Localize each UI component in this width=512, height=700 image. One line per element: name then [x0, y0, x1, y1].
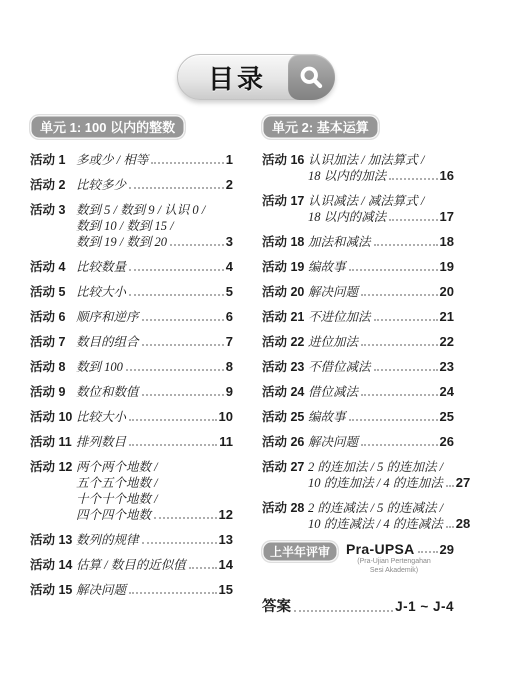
dotted-leader	[374, 369, 438, 371]
dotted-leader	[361, 394, 438, 396]
entry-body: 比较大小10	[76, 409, 233, 425]
entry-title-text: 顺序和逆序	[76, 309, 139, 325]
entry-page-number: 23	[440, 359, 454, 375]
toc-entry: 活动 2 比较多少2	[30, 177, 233, 193]
entry-title-text: 解决问题	[308, 434, 358, 450]
unit-2-badge: 单元 2: 基本运算	[262, 115, 379, 139]
entry-last-line: 解决问题20	[308, 284, 454, 300]
entry-last-line: 10 的连减法 / 4 的连减法28	[308, 516, 454, 532]
entry-title-text: 加法和减法	[308, 234, 371, 250]
entry-label: 活动 4	[30, 259, 76, 275]
dotted-leader	[418, 551, 438, 553]
entry-title-text: 10 的连减法 / 4 的连减法	[308, 516, 443, 532]
entry-title-text: 四个四个地数	[76, 507, 151, 523]
dotted-leader	[349, 269, 438, 271]
answers-page-range: J-1 ~ J-4	[395, 599, 454, 614]
entry-page-number: 21	[440, 309, 454, 325]
toc-column-2: 单元 2: 基本运算 活动 16 认识加法 / 加法算式 /18 以内的加法16…	[262, 115, 454, 616]
entry-label: 活动 22	[262, 334, 308, 350]
entry-label: 活动 9	[30, 384, 76, 400]
entry-last-line: 四个四个地数12	[76, 507, 233, 523]
entry-label: 活动 25	[262, 409, 308, 425]
entry-title-text: 排列数目	[76, 434, 126, 450]
entry-title-line: 五个五个地数 /	[76, 475, 233, 491]
entry-body: 加法和减法18	[308, 234, 454, 250]
dotted-leader	[129, 419, 217, 421]
entry-title-text: 不借位减法	[308, 359, 371, 375]
entry-label: 活动 10	[30, 409, 76, 425]
toc-entry: 活动 27 2 的连加法 / 5 的连加法 /10 的连加法 / 4 的连加法2…	[262, 459, 454, 491]
entry-page-number: 14	[219, 557, 233, 573]
toc-entry: 活动 11 排列数目11	[30, 434, 233, 450]
entry-label: 活动 1	[30, 152, 76, 168]
entry-body: 数位和数值9	[76, 384, 233, 400]
entry-title-text: 编故事	[308, 259, 346, 275]
entry-last-line: 数列的规律13	[76, 532, 233, 548]
entry-body: 编故事19	[308, 259, 454, 275]
entry-last-line: 比较数量4	[76, 259, 233, 275]
assessment-page-number: 29	[440, 542, 454, 557]
entry-body: 比较大小5	[76, 284, 233, 300]
toc-column-1: 单元 1: 100 以内的整数 活动 1 多或少 / 相等1 活动 2 比较多少…	[30, 115, 233, 616]
entry-label: 活动 15	[30, 582, 76, 598]
entry-last-line: 顺序和逆序6	[76, 309, 233, 325]
toc-entry: 活动 18 加法和减法18	[262, 234, 454, 250]
entry-body: 编故事25	[308, 409, 454, 425]
dotted-leader	[142, 542, 217, 544]
entry-last-line: 编故事19	[308, 259, 454, 275]
answers-label: 答案	[262, 595, 291, 616]
entry-body: 数目的组合7	[76, 334, 233, 350]
entry-last-line: 多或少 / 相等1	[76, 152, 233, 168]
entry-last-line: 数到 1008	[76, 359, 233, 375]
entry-label: 活动 17	[262, 193, 308, 209]
entry-title-line: 认识加法 / 加法算式 /	[308, 152, 454, 168]
entry-last-line: 数目的组合7	[76, 334, 233, 350]
entry-last-line: 18 以内的减法17	[308, 209, 454, 225]
entry-list-unit-1: 活动 1 多或少 / 相等1 活动 2 比较多少2 活动 3 数到 5 / 数到…	[30, 152, 233, 598]
entry-title-line: 2 的连加法 / 5 的连加法 /	[308, 459, 454, 475]
entry-body: 数到 5 / 数到 9 / 认识 0 /数到 10 / 数到 15 /数到 19…	[76, 202, 233, 250]
entry-title-text: 数列的规律	[76, 532, 139, 548]
entry-title-text: 比较大小	[76, 409, 126, 425]
toc-entry: 活动 4 比较数量4	[30, 259, 233, 275]
entry-page-number: 13	[219, 532, 233, 548]
toc-entry: 活动 10 比较大小10	[30, 409, 233, 425]
entry-body: 不进位加法21	[308, 309, 454, 325]
title-pill: 目录	[177, 54, 335, 100]
entry-title-text: 10 的连加法 / 4 的连加法	[308, 475, 443, 491]
entry-page-number: 10	[219, 409, 233, 425]
dotted-leader	[374, 319, 438, 321]
dotted-leader	[389, 219, 437, 221]
entry-last-line: 数位和数值9	[76, 384, 233, 400]
entry-title-line: 认识减法 / 减法算式 /	[308, 193, 454, 209]
entry-title-text: 编故事	[308, 409, 346, 425]
entry-body: 数列的规律13	[76, 532, 233, 548]
dotted-leader	[129, 592, 217, 594]
assessment-badge: 上半年评审	[262, 541, 338, 562]
entry-page-number: 8	[226, 359, 233, 375]
entry-title-text: 多或少 / 相等	[76, 152, 148, 168]
entry-page-number: 5	[226, 284, 233, 300]
entry-body: 解决问题20	[308, 284, 454, 300]
dotted-leader	[189, 567, 217, 569]
entry-last-line: 解决问题15	[76, 582, 233, 598]
entry-label: 活动 2	[30, 177, 76, 193]
entry-label: 活动 8	[30, 359, 76, 375]
toc-entry: 活动 17 认识减法 / 减法算式 /18 以内的减法17	[262, 193, 454, 225]
dotted-leader	[129, 444, 217, 446]
entry-title-text: 比较多少	[76, 177, 126, 193]
entry-last-line: 编故事25	[308, 409, 454, 425]
pill-cap	[288, 54, 335, 100]
entry-last-line: 不借位减法23	[308, 359, 454, 375]
entry-body: 认识减法 / 减法算式 /18 以内的减法17	[308, 193, 454, 225]
entry-title-line: 2 的连减法 / 5 的连减法 /	[308, 500, 454, 516]
dotted-leader	[142, 344, 224, 346]
entry-title-text: 数位和数值	[76, 384, 139, 400]
assessment-subtitle: (Pra-Ujian Pertengahan Sesi Akademik)	[346, 558, 442, 575]
entry-body: 估算 / 数目的近似值14	[76, 557, 233, 573]
entry-page-number: 11	[219, 434, 233, 450]
entry-page-number: 4	[226, 259, 233, 275]
magnifier-icon	[298, 64, 325, 91]
dotted-leader	[129, 294, 224, 296]
entry-last-line: 借位减法24	[308, 384, 454, 400]
entry-page-number: 9	[226, 384, 233, 400]
toc-entry: 活动 19 编故事19	[262, 259, 454, 275]
entry-body: 顺序和逆序6	[76, 309, 233, 325]
entry-body: 两个两个地数 /五个五个地数 /十个十个地数 /四个四个地数12	[76, 459, 233, 523]
entry-page-number: 1	[226, 152, 233, 168]
toc-page: 目录 单元 1: 100 以内的整数 活动 1 多或少 / 相等1 活动 2 比…	[0, 0, 512, 700]
entry-title-text: 数到 19 / 数到 20	[76, 234, 167, 250]
entry-title-line: 十个十个地数 /	[76, 491, 233, 507]
dotted-leader	[349, 419, 438, 421]
entry-page-number: 12	[219, 507, 233, 523]
toc-entry: 活动 24 借位减法24	[262, 384, 454, 400]
entry-page-number: 22	[440, 334, 454, 350]
toc-entry: 活动 14 估算 / 数目的近似值14	[30, 557, 233, 573]
entry-label: 活动 14	[30, 557, 76, 573]
toc-entry: 活动 15 解决问题15	[30, 582, 233, 598]
entry-body: 借位减法24	[308, 384, 454, 400]
unit-1-badge: 单元 1: 100 以内的整数	[30, 115, 185, 139]
entry-title-text: 解决问题	[308, 284, 358, 300]
toc-entry: 活动 16 认识加法 / 加法算式 /18 以内的加法16	[262, 152, 454, 184]
entry-page-number: 6	[226, 309, 233, 325]
toc-entry: 活动 23 不借位减法23	[262, 359, 454, 375]
toc-columns: 单元 1: 100 以内的整数 活动 1 多或少 / 相等1 活动 2 比较多少…	[0, 100, 512, 616]
toc-entry: 活动 26 解决问题26	[262, 434, 454, 450]
entry-label: 活动 11	[30, 434, 76, 450]
dotted-leader	[446, 526, 454, 528]
entry-last-line: 18 以内的加法16	[308, 168, 454, 184]
entry-page-number: 17	[440, 209, 454, 225]
entry-title-text: 进位加法	[308, 334, 358, 350]
entry-label: 活动 28	[262, 500, 308, 516]
dotted-leader	[361, 444, 438, 446]
entry-title-text: 数目的组合	[76, 334, 139, 350]
entry-page-number: 26	[440, 434, 454, 450]
entry-page-number: 15	[219, 582, 233, 598]
entry-page-number: 19	[440, 259, 454, 275]
entry-last-line: 进位加法22	[308, 334, 454, 350]
entry-title-text: 比较大小	[76, 284, 126, 300]
entry-last-line: 比较多少2	[76, 177, 233, 193]
dotted-leader	[129, 187, 224, 189]
entry-title-text: 借位减法	[308, 384, 358, 400]
toc-entry: 活动 12 两个两个地数 /五个五个地数 /十个十个地数 /四个四个地数12	[30, 459, 233, 523]
entry-page-number: 28	[456, 516, 470, 532]
entry-body: 多或少 / 相等1	[76, 152, 233, 168]
entry-last-line: 10 的连加法 / 4 的连加法27	[308, 475, 454, 491]
dotted-leader	[446, 485, 454, 487]
toc-entry: 活动 3 数到 5 / 数到 9 / 认识 0 /数到 10 / 数到 15 /…	[30, 202, 233, 250]
assessment-top-line: Pra-UPSA 29	[346, 541, 454, 557]
entry-page-number: 27	[456, 475, 470, 491]
entry-page-number: 3	[226, 234, 233, 250]
dotted-leader	[374, 244, 438, 246]
entry-label: 活动 3	[30, 202, 76, 218]
entry-last-line: 估算 / 数目的近似值14	[76, 557, 233, 573]
entry-body: 解决问题15	[76, 582, 233, 598]
entry-page-number: 24	[440, 384, 454, 400]
entry-last-line: 解决问题26	[308, 434, 454, 450]
page-header: 目录	[0, 0, 512, 100]
entry-title-line: 数到 5 / 数到 9 / 认识 0 /	[76, 202, 233, 218]
assessment-subtitle-line-2: Sesi Akademik)	[346, 567, 442, 576]
toc-entry: 活动 28 2 的连减法 / 5 的连减法 /10 的连减法 / 4 的连减法2…	[262, 500, 454, 532]
toc-entry: 活动 13 数列的规律13	[30, 532, 233, 548]
entry-label: 活动 19	[262, 259, 308, 275]
entry-last-line: 不进位加法21	[308, 309, 454, 325]
entry-page-number: 7	[226, 334, 233, 350]
entry-label: 活动 7	[30, 334, 76, 350]
entry-last-line: 加法和减法18	[308, 234, 454, 250]
entry-page-number: 2	[226, 177, 233, 193]
dotted-leader	[154, 517, 217, 519]
entry-title-text: 不进位加法	[308, 309, 371, 325]
entry-body: 数到 1008	[76, 359, 233, 375]
entry-label: 活动 27	[262, 459, 308, 475]
dotted-leader	[170, 244, 224, 246]
dotted-leader	[389, 178, 437, 180]
entry-body: 比较多少2	[76, 177, 233, 193]
entry-label: 活动 24	[262, 384, 308, 400]
entry-label: 活动 23	[262, 359, 308, 375]
assessment-subtitle-line-1: (Pra-Ujian Pertengahan	[346, 558, 442, 567]
entry-body: 进位加法22	[308, 334, 454, 350]
entry-title-text: 18 以内的减法	[308, 209, 386, 225]
toc-entry: 活动 20 解决问题20	[262, 284, 454, 300]
assessment-row: 上半年评审 Pra-UPSA 29 (Pra-Ujian Pertengahan…	[262, 541, 454, 575]
dotted-leader	[142, 319, 224, 321]
toc-entry: 活动 9 数位和数值9	[30, 384, 233, 400]
toc-entry: 活动 1 多或少 / 相等1	[30, 152, 233, 168]
entry-label: 活动 13	[30, 532, 76, 548]
entry-label: 活动 5	[30, 284, 76, 300]
entry-label: 活动 26	[262, 434, 308, 450]
toc-entry: 活动 25 编故事25	[262, 409, 454, 425]
dotted-leader	[142, 394, 224, 396]
entry-body: 比较数量4	[76, 259, 233, 275]
dotted-leader	[361, 344, 438, 346]
entry-label: 活动 18	[262, 234, 308, 250]
answers-row: 答案 J-1 ~ J-4	[262, 595, 454, 616]
entry-title-line: 两个两个地数 /	[76, 459, 233, 475]
entry-label: 活动 21	[262, 309, 308, 325]
entry-last-line: 数到 19 / 数到 203	[76, 234, 233, 250]
dotted-leader	[126, 369, 224, 371]
entry-body: 解决问题26	[308, 434, 454, 450]
assessment-title: Pra-UPSA	[346, 541, 415, 557]
dotted-leader	[294, 610, 393, 612]
dotted-leader	[151, 162, 224, 164]
entry-title-text: 18 以内的加法	[308, 168, 386, 184]
toc-entry: 活动 6 顺序和逆序6	[30, 309, 233, 325]
entry-label: 活动 12	[30, 459, 76, 475]
dotted-leader	[361, 294, 438, 296]
entry-title-line: 数到 10 / 数到 15 /	[76, 218, 233, 234]
entry-page-number: 18	[440, 234, 454, 250]
entry-body: 认识加法 / 加法算式 /18 以内的加法16	[308, 152, 454, 184]
entry-title-text: 解决问题	[76, 582, 126, 598]
entry-title-text: 比较数量	[76, 259, 126, 275]
toc-entry: 活动 22 进位加法22	[262, 334, 454, 350]
toc-entry: 活动 5 比较大小5	[30, 284, 233, 300]
entry-label: 活动 16	[262, 152, 308, 168]
toc-entry: 活动 7 数目的组合7	[30, 334, 233, 350]
entry-title-text: 估算 / 数目的近似值	[76, 557, 186, 573]
page-title: 目录	[178, 55, 288, 99]
toc-entry: 活动 21 不进位加法21	[262, 309, 454, 325]
entry-title-text: 数到 100	[76, 359, 123, 375]
entry-page-number: 20	[440, 284, 454, 300]
entry-body: 不借位减法23	[308, 359, 454, 375]
assessment-main: Pra-UPSA 29 (Pra-Ujian Pertengahan Sesi …	[346, 541, 454, 575]
entry-page-number: 16	[440, 168, 454, 184]
entry-body: 2 的连加法 / 5 的连加法 /10 的连加法 / 4 的连加法27	[308, 459, 454, 491]
entry-last-line: 排列数目11	[76, 434, 233, 450]
entry-last-line: 比较大小10	[76, 409, 233, 425]
entry-last-line: 比较大小5	[76, 284, 233, 300]
entry-body: 2 的连减法 / 5 的连减法 /10 的连减法 / 4 的连减法28	[308, 500, 454, 532]
dotted-leader	[129, 269, 224, 271]
entry-list-unit-2: 活动 16 认识加法 / 加法算式 /18 以内的加法16 活动 17 认识减法…	[262, 152, 454, 532]
toc-entry: 活动 8 数到 1008	[30, 359, 233, 375]
entry-body: 排列数目11	[76, 434, 233, 450]
entry-page-number: 25	[440, 409, 454, 425]
entry-label: 活动 6	[30, 309, 76, 325]
entry-label: 活动 20	[262, 284, 308, 300]
